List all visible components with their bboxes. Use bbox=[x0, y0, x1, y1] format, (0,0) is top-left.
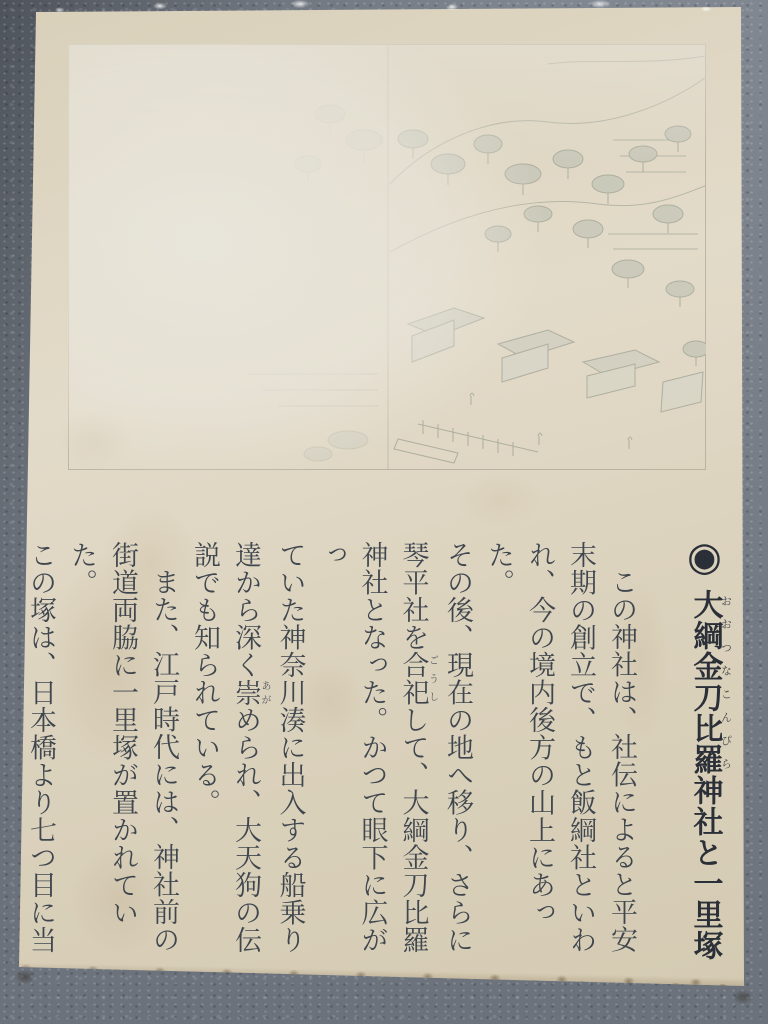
historic-print bbox=[68, 44, 706, 470]
furigana-annotation: 大綱金刀比羅おおつなこんぴら bbox=[688, 589, 723, 775]
text-column: この神社は、社伝によると平安 bbox=[601, 541, 642, 977]
text-column: れ、今の境内後方の山上にあった。 bbox=[478, 541, 560, 977]
text-column: 達から深く崇あがめられ、大天狗の伝 bbox=[225, 541, 270, 977]
text-column: その後、現在の地へ移り、さらに bbox=[437, 541, 478, 977]
text-column: 説でも知られている。 bbox=[184, 541, 225, 977]
text-column: 琴平社を合祀ごうしして、大綱金刀比羅 bbox=[393, 541, 438, 977]
text-column: ていた神奈川湊に出入する船乗り bbox=[270, 541, 311, 977]
print-frame bbox=[69, 45, 706, 470]
plaque-body-text: この神社は、社伝によると平安末期の創立で、もと飯綱社といわれ、今の境内後方の山上… bbox=[56, 541, 642, 977]
fence-and-figures bbox=[394, 393, 632, 463]
fisheye-bullet-icon: ◉ bbox=[682, 534, 728, 581]
text-column: この塚は、日本橋より七つ目に当 bbox=[20, 541, 61, 977]
plaque-title-text: 大綱金刀比羅おおつなこんぴら神社と一里塚 bbox=[688, 589, 723, 961]
text-column: 末期の創立で、もと飯綱社といわ bbox=[560, 541, 601, 977]
shrine-info-plaque: ◉大綱金刀比羅おおつなこんぴら神社と一里塚 この神社は、社伝によると平安末期の創… bbox=[0, 0, 768, 1024]
text-column: 神社となった。かつて眼下に広がっ bbox=[311, 541, 393, 977]
text-column: 街道両脇に一里塚が置かれていた。 bbox=[61, 541, 143, 977]
furigana-annotation: 崇あが bbox=[230, 679, 261, 707]
furigana-annotation: 合祀ごうし bbox=[398, 651, 429, 706]
text-column: また、江戸時代には、神社前の bbox=[143, 541, 184, 977]
illustration-sketch bbox=[68, 44, 706, 470]
plaque-title-column: ◉大綱金刀比羅おおつなこんぴら神社と一里塚 bbox=[650, 534, 732, 972]
village-houses bbox=[408, 308, 703, 412]
faded-left-panel bbox=[248, 105, 382, 461]
hill-contours bbox=[390, 56, 705, 252]
